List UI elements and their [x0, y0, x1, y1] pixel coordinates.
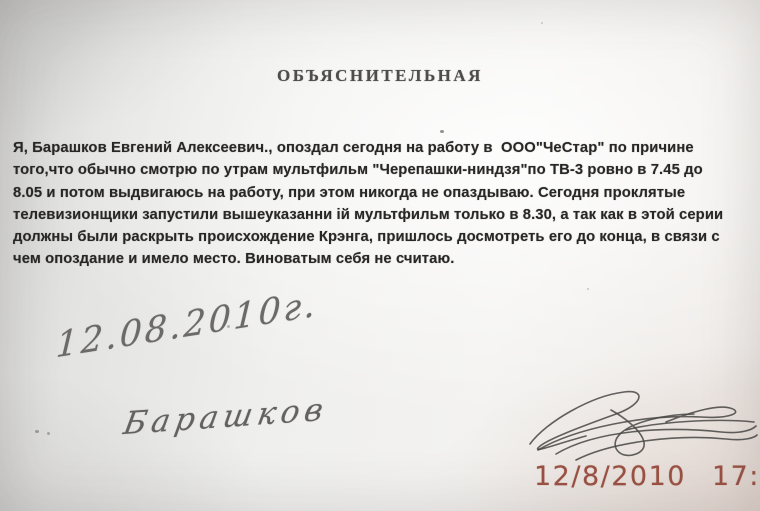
body-line-6: чем опоздание и имело место. Виноватым с…	[13, 248, 753, 270]
handwritten-date: 12.08.2010г.	[55, 284, 319, 366]
document-photo: ОБЪЯСНИТЕЛЬНАЯ Я, Барашков Евгений Алекс…	[0, 0, 760, 511]
document-title: ОБЪЯСНИТЕЛЬНАЯ	[0, 66, 760, 86]
stamp-time: 17:59	[712, 461, 760, 492]
camera-timestamp: 12/8/2010 17:59	[534, 461, 760, 492]
document-body: Я, Барашков Евгений Алексеевич., опоздал…	[13, 137, 753, 271]
body-line-5: должны были раскрыть происхождение Крэнг…	[13, 226, 753, 248]
body-line-1: Я, Барашков Евгений Алексеевич., опоздал…	[13, 137, 753, 159]
paper-speck	[35, 430, 39, 433]
body-line-3: 8.05 и потом выдвигаюсь на работу, при э…	[13, 182, 753, 204]
body-line-4: телевизионщики запустили вышеуказанни ій…	[13, 204, 753, 226]
stamp-date: 12/8/2010	[534, 461, 686, 492]
body-line-2: того,что обычно смотрю по утрам мультфил…	[13, 159, 753, 181]
paper-speck	[541, 22, 543, 24]
paper-speck	[440, 130, 444, 133]
paper-speck	[587, 288, 589, 290]
paper-speck	[47, 432, 50, 435]
handwritten-signature: Барашков	[121, 391, 331, 442]
signature-flourish-scribble	[516, 384, 760, 470]
